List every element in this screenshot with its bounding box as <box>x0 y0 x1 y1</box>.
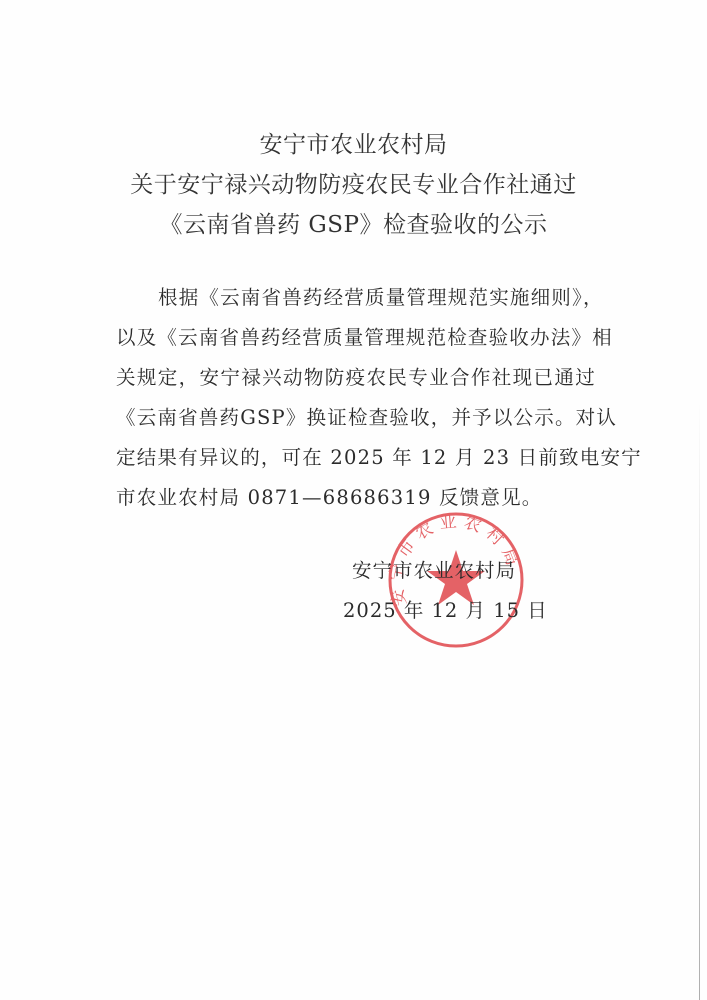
body-line: 根据《云南省兽药经营质量管理规范实施细则》， <box>158 282 596 310</box>
body-line: 以及《云南省兽药经营质量管理规范检查验收办法》相 <box>116 322 596 350</box>
title-notice: 《云南省兽药 GSP》检查验收的公示 <box>0 206 707 239</box>
title-issuer: 安宁市农业农村局 <box>0 126 707 159</box>
body-line: 市农业农村局 0871—68686319 反馈意见。 <box>116 482 596 510</box>
body-line: 定结果有异议的，可在 2025 年 12 月 23 日前致电安宁 <box>116 442 596 470</box>
body-line: 关规定，安宁禄兴动物防疫农民专业合作社现已通过 <box>116 362 596 390</box>
scan-edge-line <box>699 400 700 1000</box>
body-line: 《云南省兽药GSP》换证检查验收，并予以公示。对认 <box>116 402 596 430</box>
signature-date: 2025 年 12 月 15 日 <box>343 595 548 623</box>
title-subject: 关于安宁禄兴动物防疫农民专业合作社通过 <box>0 166 707 199</box>
signature-issuer: 安宁市农业农村局 <box>352 555 516 583</box>
